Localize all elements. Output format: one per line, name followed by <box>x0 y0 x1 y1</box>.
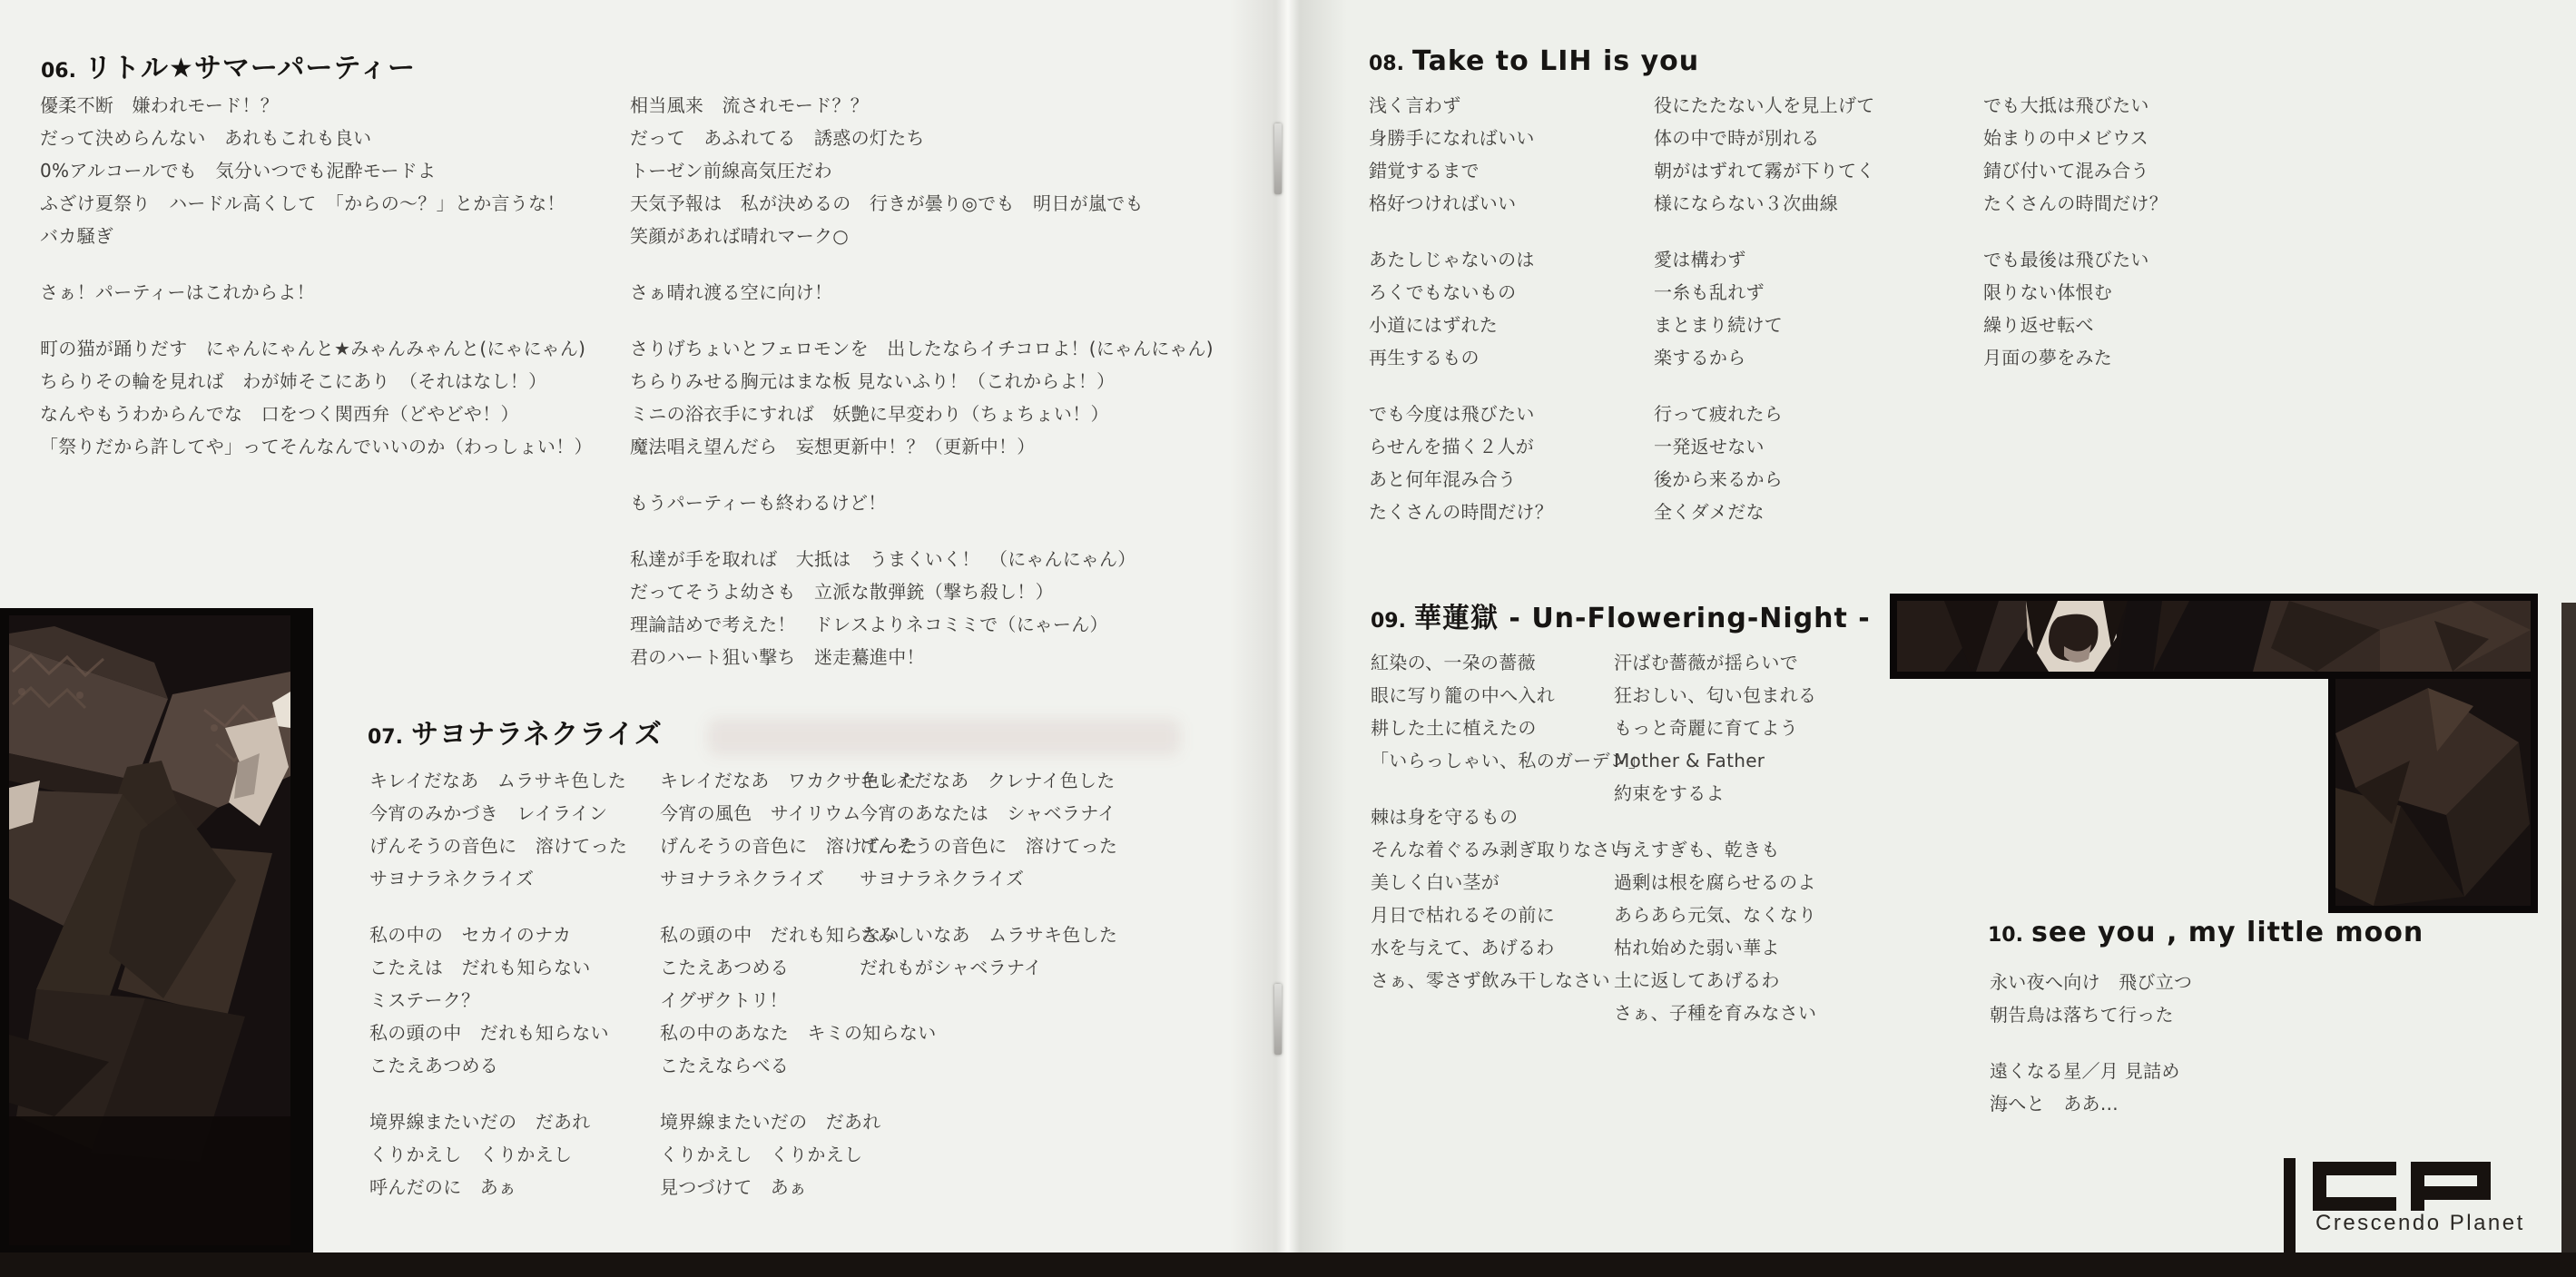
lyric-line: 「祭りだから許してや」ってそんなんでいいのか（わっしょい！） <box>40 430 593 463</box>
track-07-section: 07.サヨナラネクライズ <box>368 712 663 751</box>
lyric-line: 今宵のあなたは シャベラナイ <box>860 797 1117 830</box>
lyric-line: 後から来るから <box>1654 463 1875 496</box>
lyric-line <box>1654 220 1875 243</box>
lyric-line: さぁ晴れ渡る空に向け！ <box>630 276 1214 309</box>
lyric-line: 優柔不断 嫌われモード！？ <box>40 89 593 122</box>
track-06-section: 06.リトル★サマーパーティー <box>41 45 416 85</box>
lyric-line: げんそうの音色に 溶けてった <box>369 830 627 862</box>
lyric-line: 枯れ始めた弱い華よ <box>1614 931 1816 964</box>
logo-cp-monogram <box>2313 1162 2491 1211</box>
lyric-line: 体の中で時が別れる <box>1654 122 1875 154</box>
lyric-line: サヨナラネクライズ <box>860 862 1117 895</box>
logo-wordmark: Crescendo Planet <box>2315 1211 2525 1236</box>
lyric-line: くりかえし くりかえし <box>369 1138 627 1171</box>
lyric-line: 一糸も乱れず <box>1654 276 1875 309</box>
lyric-line <box>1614 810 1816 833</box>
lyric-line: あらあら元気、なくなり <box>1614 899 1816 931</box>
track-08-title: 08.Take to LIH is you <box>1369 45 1699 77</box>
lyric-line: 呼んだのに あぁ <box>369 1171 627 1203</box>
lyric-line: さぁ、零さず飲み干しなさい <box>1371 964 1647 997</box>
lyric-line <box>630 309 1214 332</box>
lyric-line: ちらりみせる胸元はまな板 見ないふり！（これからよ！） <box>630 365 1214 398</box>
lyric-line: 魔法唱え望んだら 妄想更新中！？（更新中！） <box>630 430 1214 463</box>
track-08-lyrics-column-2: 役にたたない人を見上げて体の中で時が別れる朝がはずれて霧が下りてく様にならない３… <box>1654 89 1875 528</box>
lyric-line: 私達が手を取れば 大抵は うまくいく！ （にゃんにゃん） <box>630 543 1214 575</box>
lyric-line: 君のハート狙い撃ち 迷走驀進中！ <box>630 641 1214 673</box>
lyric-line: 始まりの中メビウス <box>1983 122 2168 154</box>
lyric-line: 耕した土に植えたの <box>1371 712 1647 744</box>
track-08-lyrics-column-1: 浅く言わず身勝手になればいい錯覚するまで格好つければいいあたしじゃないのはろくで… <box>1369 89 1553 528</box>
lyric-line <box>40 252 593 276</box>
lyric-line: こたえあつめる <box>369 1049 627 1082</box>
lyric-line: げんそうの音色に 溶けてった <box>860 830 1117 862</box>
lyric-line: ふざけ夏祭り ハードル高くして 「からの～？」とか言うな！ <box>40 187 593 220</box>
track-08-section: 08.Take to LIH is you <box>1369 45 1699 77</box>
lyric-line: 私の頭の中 だれも知らない <box>369 1017 627 1049</box>
track-09-section: 09.華蓮獄 - Un-Flowering-Night - <box>1371 595 1871 635</box>
lyric-line: 遠くなる星／月 見詰め <box>1990 1055 2192 1087</box>
lyric-line: さぁ！パーティーはこれからよ！ <box>40 276 593 309</box>
lyric-line: 私の中の セカイのナカ <box>369 918 627 951</box>
track-06-title: 06.リトル★サマーパーティー <box>41 45 416 85</box>
lyric-line: 狂おしい、匂い包まれる <box>1614 679 1816 712</box>
lyric-line <box>1369 374 1553 398</box>
lyric-line: 美しく白い茎が <box>1371 866 1647 899</box>
lyric-line: 約束をするよ <box>1614 777 1816 810</box>
lyric-line <box>860 895 1117 918</box>
lyric-line: 月面の夢をみた <box>1983 341 2168 374</box>
lyric-line: たくさんの時間だけ？ <box>1983 187 2168 220</box>
lyric-line: 過剰は根を腐らせるのよ <box>1614 866 1816 899</box>
lyric-line: 「いらっしゃい、私のガーデン」 <box>1371 744 1647 777</box>
booklet-spread: 06.リトル★サマーパーティー 優柔不断 嫌われモード！？だって決めらんない あ… <box>0 0 2576 1277</box>
lyric-line: さみしいなあ ムラサキ色した <box>860 918 1117 951</box>
track-number: 06. <box>41 60 76 83</box>
lyric-line <box>1369 220 1553 243</box>
track-10-title: 10.see you , my little moon <box>1988 917 2424 948</box>
lyric-line: 紅染の、一朶の薔薇 <box>1371 646 1647 679</box>
lyric-line: サヨナラネクライズ <box>369 862 627 895</box>
lyric-line: くりかえし くりかえし <box>660 1138 937 1171</box>
lyric-line: 月日で枯れるその前に <box>1371 899 1647 931</box>
lyric-line: 今宵のみかづき レイライン <box>369 797 627 830</box>
track-name: リトル★サマーパーティー <box>84 53 416 84</box>
lyric-line: 水を与えて、あげるわ <box>1371 931 1647 964</box>
staple-top <box>1274 123 1282 194</box>
track-number: 10. <box>1988 924 2023 947</box>
track-09-lyrics-column-2: 汗ばむ薔薇が揺らいで狂おしい、匂い包まれるもっと奇麗に育てようMother & … <box>1614 646 1816 1029</box>
track-07-lyrics-column-1: キレイだなあ ムラサキ色した今宵のみかづき レイラインげんそうの音色に 溶けてっ… <box>369 764 627 1203</box>
lyric-line: 再生するもの <box>1369 341 1553 374</box>
lyric-line: 様にならない３次曲線 <box>1654 187 1875 220</box>
lyric-line: 境界線またいだの だあれ <box>660 1105 937 1138</box>
lyric-line: こたえは だれも知らない <box>369 951 627 984</box>
lyric-line: キレイだなあ クレナイ色した <box>860 764 1117 797</box>
lyric-line: だってそうよ幼さも 立派な散弾銃（撃ち殺し！） <box>630 575 1214 608</box>
lyric-line <box>1654 374 1875 398</box>
track-number: 09. <box>1371 610 1406 633</box>
lyric-line: イグザクトリ！ <box>660 984 937 1017</box>
lyric-line: 汗ばむ薔薇が揺らいで <box>1614 646 1816 679</box>
lyric-line: 相当風来 流されモード？？ <box>630 89 1214 122</box>
lyric-line: バカ騒ぎ <box>40 220 593 252</box>
lyric-line: 笑顔があれば晴れマーク○ <box>630 220 1214 252</box>
lyric-line: キレイだなあ ムラサキ色した <box>369 764 627 797</box>
lyric-line: さぁ、子種を育みなさい <box>1614 997 1816 1029</box>
lyric-line: 朝告鳥は落ちて行った <box>1990 998 2192 1031</box>
bottom-bar <box>0 1252 2576 1277</box>
lyric-line: 楽するから <box>1654 341 1875 374</box>
lyric-line: 錆び付いて混み合う <box>1983 154 2168 187</box>
track-08-lyrics-column-3: でも大抵は飛びたい始まりの中メビウス錆び付いて混み合うたくさんの時間だけ？でも最… <box>1983 89 2168 374</box>
lyric-line: Mother & Father <box>1614 744 1816 777</box>
lyric-line: 町の猫が踊りだす にゃんにゃんと★みゃんみゃんと(にゃにゃん) <box>40 332 593 365</box>
lyric-line <box>1371 777 1647 801</box>
lyric-line: だって あふれてる 誘惑の灯たち <box>630 122 1214 154</box>
lyric-line: 全くダメだな <box>1654 496 1875 528</box>
lyric-line: でも大抵は飛びたい <box>1983 89 2168 122</box>
lyric-line: 繰り返せ転べ <box>1983 309 2168 341</box>
lyric-line: 格好つければいい <box>1369 187 1553 220</box>
lyric-line: でも最後は飛びたい <box>1983 243 2168 276</box>
lyric-line: 行って疲れたら <box>1654 398 1875 430</box>
lyric-line: 朝がはずれて霧が下りてく <box>1654 154 1875 187</box>
lyric-line: 役にたたない人を見上げて <box>1654 89 1875 122</box>
lyric-line: 私の中のあなた キミの知らない <box>660 1017 937 1049</box>
track-09-lyrics-column-1: 紅染の、一朶の薔薇眼に写り籠の中へ入れ耕した土に植えたの「いらっしゃい、私のガー… <box>1371 646 1647 997</box>
track-07-title: 07.サヨナラネクライズ <box>368 712 663 751</box>
lyric-line: 天気予報は 私が決めるの 行きが曇り◎でも 明日が嵐でも <box>630 187 1214 220</box>
track-10-section: 10.see you , my little moon <box>1988 917 2424 948</box>
lyric-line: でも今度は飛びたい <box>1369 398 1553 430</box>
lyric-line: あと何年混み合う <box>1369 463 1553 496</box>
lyric-line: 与えすぎも、乾きも <box>1614 833 1816 866</box>
lyric-line <box>630 519 1214 543</box>
lyric-line <box>40 309 593 332</box>
track-name: サヨナラネクライズ <box>411 719 663 751</box>
lyric-line: 見つづけて あぁ <box>660 1171 937 1203</box>
track-name: see you , my little moon <box>2031 917 2424 948</box>
lyric-line: らせんを描く２人が <box>1369 430 1553 463</box>
track-07-lyrics-column-3: キレイだなあ クレナイ色した今宵のあなたは シャベラナイげんそうの音色に 溶けて… <box>860 764 1117 984</box>
lyric-line: ろくでもないもの <box>1369 276 1553 309</box>
track-number: 08. <box>1369 53 1404 75</box>
lyric-line: ちらりその輪を見れば わが姉そこにあり （それはなし！） <box>40 365 593 398</box>
print-bleed-ghost <box>708 719 1180 755</box>
track-name: Take to LIH is you <box>1412 45 1699 77</box>
lyric-line: なんやもうわからんでな 口をつく関西弁（どやどや！） <box>40 398 593 430</box>
lyric-line: 小道にはずれた <box>1369 309 1553 341</box>
right-artwork-strip <box>1890 594 2538 679</box>
lyric-line <box>1990 1031 2192 1055</box>
lyric-line: 浅く言わず <box>1369 89 1553 122</box>
lyric-line: さりげちょいとフェロモンを 出したならイチコロよ！(にゃんにゃん) <box>630 332 1214 365</box>
lyric-line: 錯覚するまで <box>1369 154 1553 187</box>
track-06-lyrics-column-2: 相当風来 流されモード？？だって あふれてる 誘惑の灯たちトーゼン前線高気圧だわ… <box>630 89 1214 673</box>
lyric-line: ミステーク？ <box>369 984 627 1017</box>
lyric-line <box>630 252 1214 276</box>
lyric-line: 限りない体恨む <box>1983 276 2168 309</box>
lyric-line: たくさんの時間だけ？ <box>1369 496 1553 528</box>
lyric-line <box>369 1082 627 1105</box>
staple-bottom <box>1274 984 1282 1055</box>
lyric-line: だって決めらんない あれもこれも良い <box>40 122 593 154</box>
lyric-line: 一発返せない <box>1654 430 1875 463</box>
lyric-line: 海へと ああ… <box>1990 1087 2192 1120</box>
lyric-line: 0%アルコールでも 気分いつでも泥酔モードよ <box>40 154 593 187</box>
lyric-line: トーゼン前線高気圧だわ <box>630 154 1214 187</box>
lyric-line: まとまり続けて <box>1654 309 1875 341</box>
lyric-line: こたえならべる <box>660 1049 937 1082</box>
lyric-line: 境界線またいだの だあれ <box>369 1105 627 1138</box>
lyric-line <box>369 895 627 918</box>
lyric-line <box>660 1082 937 1105</box>
lyric-line: 永い夜へ向け 飛び立つ <box>1990 966 2192 998</box>
lyric-line: 土に返してあげるわ <box>1614 964 1816 997</box>
lyric-line: 愛は構わず <box>1654 243 1875 276</box>
lyric-line <box>630 463 1214 486</box>
lyric-line: 棘は身を守るもの <box>1371 801 1647 833</box>
track-number: 07. <box>368 726 403 749</box>
left-artwork-panel <box>0 608 313 1252</box>
lyric-line: だれもがシャベラナイ <box>860 951 1117 984</box>
track-09-title: 09.華蓮獄 - Un-Flowering-Night - <box>1371 595 1871 635</box>
lyric-line: 理論詰めで考えた！ ドレスよりネコミミで（にゃーん） <box>630 608 1214 641</box>
track-10-lyrics-column-1: 永い夜へ向け 飛び立つ朝告鳥は落ちて行った遠くなる星／月 見詰め海へと ああ… <box>1990 966 2192 1120</box>
lyric-line: あたしじゃないのは <box>1369 243 1553 276</box>
lyric-line: ミニの浴衣手にすれば 妖艶に早変わり（ちょちょい！） <box>630 398 1214 430</box>
lyric-line: もうパーティーも終わるけど！ <box>630 486 1214 519</box>
lyric-line: 眼に写り籠の中へ入れ <box>1371 679 1647 712</box>
logo-vertical-bar <box>2284 1158 2296 1254</box>
lyric-line: もっと奇麗に育てよう <box>1614 712 1816 744</box>
right-artwork-block <box>2328 679 2538 913</box>
lyric-line: そんな着ぐるみ剥ぎ取りなさい <box>1371 833 1647 866</box>
lyric-line <box>1983 220 2168 243</box>
track-name: 華蓮獄 - Un-Flowering-Night - <box>1414 603 1871 634</box>
page-edge-shadow <box>2561 603 2576 1252</box>
lyric-line: 身勝手になればいい <box>1369 122 1553 154</box>
track-06-lyrics-column-1: 優柔不断 嫌われモード！？だって決めらんない あれもこれも良い0%アルコールでも… <box>40 89 593 463</box>
